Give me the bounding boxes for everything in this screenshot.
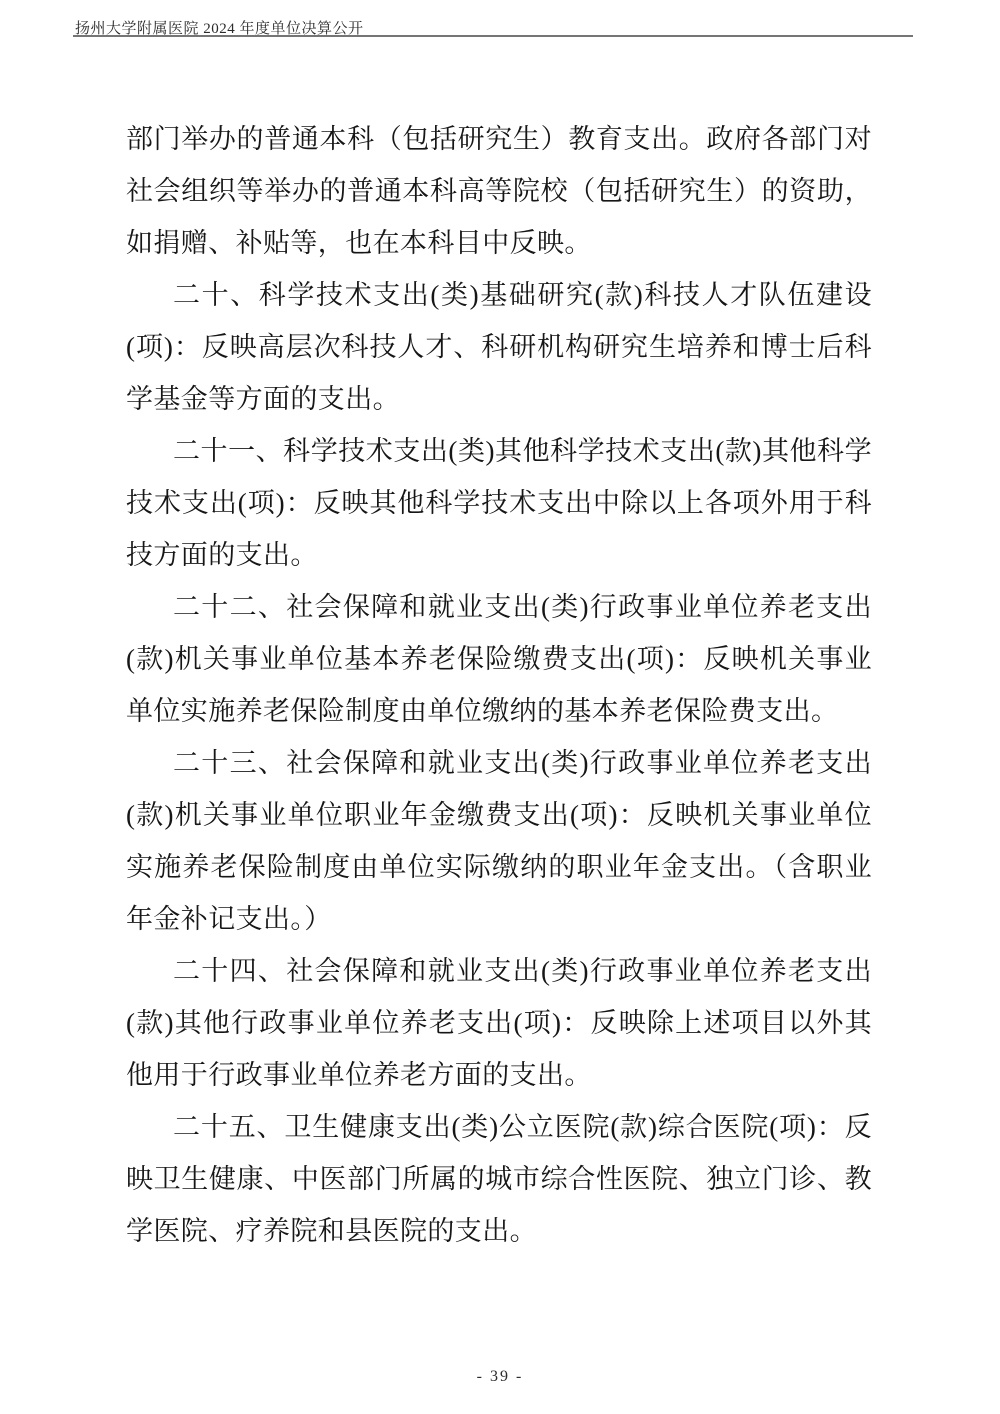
paragraph-item-23: 二十三、社会保障和就业支出(类)行政事业单位养老支出(款)机关事业单位职业年金缴…	[126, 737, 872, 945]
paragraph-continuation: 部门举办的普通本科（包括研究生）教育支出。政府各部门对社会组织等举办的普通本科高…	[126, 113, 872, 269]
header-rule	[73, 35, 913, 37]
paragraph-item-22: 二十二、社会保障和就业支出(类)行政事业单位养老支出(款)机关事业单位基本养老保…	[126, 581, 872, 737]
page-number: - 39 -	[477, 1368, 524, 1385]
paragraph-item-21: 二十一、科学技术支出(类)其他科学技术支出(款)其他科学技术支出(项)：反映其他…	[126, 425, 872, 581]
paragraph-item-24: 二十四、社会保障和就业支出(类)行政事业单位养老支出(款)其他行政事业单位养老支…	[126, 945, 872, 1101]
document-page: 扬州大学附属医院 2024 年度单位决算公开 部门举办的普通本科（包括研究生）教…	[0, 0, 1000, 1414]
page-footer: - 39 -	[0, 1368, 1000, 1386]
document-body: 部门举办的普通本科（包括研究生）教育支出。政府各部门对社会组织等举办的普通本科高…	[126, 113, 872, 1257]
paragraph-item-20: 二十、科学技术支出(类)基础研究(款)科技人才队伍建设(项)：反映高层次科技人才…	[126, 269, 872, 425]
paragraph-item-25: 二十五、卫生健康支出(类)公立医院(款)综合医院(项)：反映卫生健康、中医部门所…	[126, 1101, 872, 1257]
